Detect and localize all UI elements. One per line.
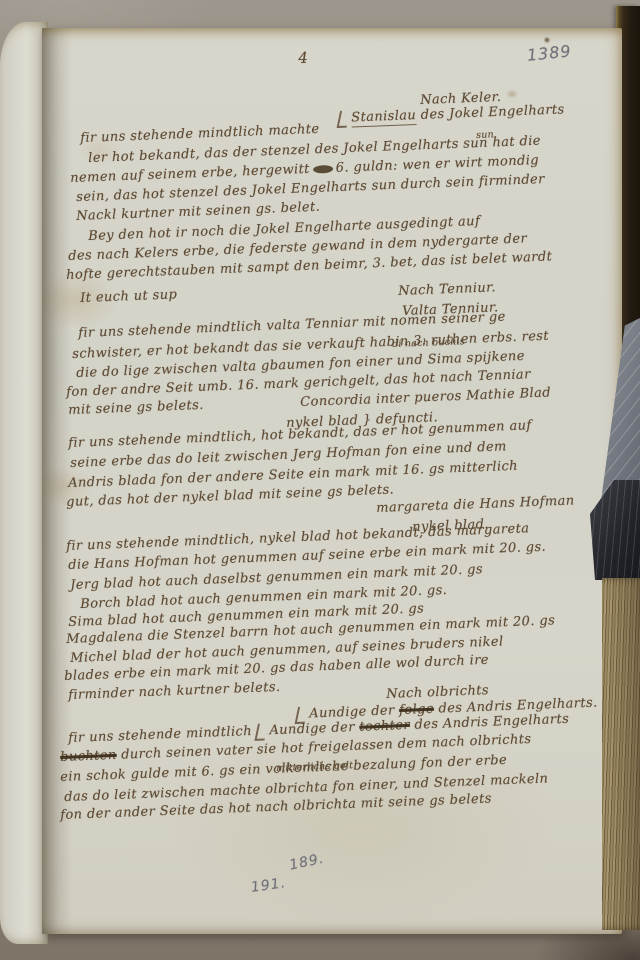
foliation-pencil-number: 1389 xyxy=(526,41,572,65)
struck-word: folge xyxy=(399,702,434,718)
section3-heading: Concordia inter pueros Mathie Blad xyxy=(300,386,551,410)
section1-subheading: Stanislau des Jokel Engelharts xyxy=(338,102,565,126)
section4-heading: margareta die Hans Hofman xyxy=(376,494,575,516)
ink-blot xyxy=(313,165,333,174)
book-fore-edge-pages xyxy=(602,578,640,930)
manuscript-line: mit seine gs belets. xyxy=(68,399,204,418)
paragraph-bracket xyxy=(255,723,269,741)
pencil-page-number-189: 189. xyxy=(288,851,326,874)
facing-page-edge xyxy=(0,22,48,944)
section2-heading: Nach Tenniur. xyxy=(398,281,496,299)
manuscript-page: 4 1389 Nach Keler. Stanislau des Jokel E… xyxy=(42,28,622,934)
struck-word: buchten xyxy=(60,748,117,765)
page-number: 4 xyxy=(298,50,309,67)
manuscript-line: firminder nach kurtner belets. xyxy=(68,681,281,703)
paragraph-bracket xyxy=(337,111,351,129)
photo-background: 4 1389 Nach Keler. Stanislau des Jokel E… xyxy=(0,0,640,960)
struck-word: tochter xyxy=(359,718,410,735)
pencil-page-number-191: 191. xyxy=(250,875,287,896)
manuscript-line: It euch ut sup xyxy=(80,288,178,306)
